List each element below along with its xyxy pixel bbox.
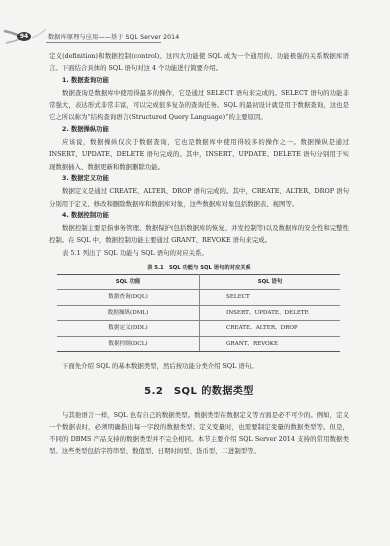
sql-function-table: SQL 功能 SQL 语句 数据查询(DQL) SELECT 数据操纵(DML)… (57, 274, 340, 352)
after-table-paragraph: 下面先介绍 SQL 的基本数据类型，然后按功能分类介绍 SQL 语句。 (49, 360, 349, 372)
section-text-definition: 数据定义是通过 CREATE、ALTER、DROP 语句完成的。其中，CREAT… (49, 185, 349, 210)
cell-statement: CREATE、ALTER、DROP (200, 321, 341, 336)
column-header-statement: SQL 语句 (200, 275, 341, 290)
cell-function: 数据查询(DQL) (57, 290, 200, 305)
cell-statement: GRANT、REVOKE (200, 336, 341, 351)
page-header: 94 数据库原理与应用——基于 SQL Server 2014 (0, 27, 390, 47)
section-text-query: 数据查询是数据库中使用得最多的操作，它是通过 SELECT 语句来完成的。SEL… (49, 87, 349, 124)
section-heading-control: 4. 数据控制功能 (49, 210, 349, 222)
cell-statement: SELECT (200, 290, 341, 305)
section-heading-manipulation: 2. 数据操纵功能 (49, 124, 349, 136)
cell-function: 数据控制(DCL) (57, 336, 200, 351)
section-heading-definition: 3. 数据定义功能 (49, 173, 349, 185)
column-header-function: SQL 功能 (57, 275, 200, 290)
cell-statement: INSERT、UPDATE、DELETE (200, 305, 341, 320)
section-title: 5.2 SQL 的数据类型 (49, 386, 349, 398)
page-number-badge: 94 (17, 32, 31, 41)
section-text-control: 数据控制主要是指事务管理、数据保护(包括数据库的恢复、并发控制等)以及数据库的安… (49, 222, 349, 247)
cell-function: 数据定义(DDL) (57, 321, 200, 336)
table-row: 数据定义(DDL) CREATE、ALTER、DROP (57, 321, 340, 336)
section-text-manipulation: 应该说，数据操纵仅次于数据查询，它也是数据库中使用得较多的操作之一。数据操纵是通… (49, 136, 349, 173)
table-caption: 表 5.1 SQL 功能与 SQL 语句的对应关系 (49, 262, 349, 274)
cell-function: 数据操纵(DML) (57, 305, 200, 320)
intro-paragraph: 定义(definition)和数据控制(control)。这四大功能使 SQL … (49, 50, 349, 75)
table-row: 数据操纵(DML) INSERT、UPDATE、DELETE (57, 305, 340, 320)
table-intro: 表 5.1 列出了 SQL 功能与 SQL 语句的对应关系。 (49, 247, 349, 259)
section-heading-query: 1. 数据查询功能 (49, 75, 349, 87)
table-row: 数据控制(DCL) GRANT、REVOKE (57, 336, 340, 351)
running-title: 数据库原理与应用——基于 SQL Server 2014 (48, 32, 179, 41)
table-header-row: SQL 功能 SQL 语句 (57, 275, 340, 290)
page-content: 定义(definition)和数据控制(control)。这四大功能使 SQL … (49, 50, 349, 458)
table-row: 数据查询(DQL) SELECT (57, 290, 340, 305)
data-types-paragraph: 与其他语言一样，SQL 也有自己的数据类型。数据类型在数据定义等方面是必不可少的… (49, 409, 349, 458)
header-rule (46, 42, 161, 43)
